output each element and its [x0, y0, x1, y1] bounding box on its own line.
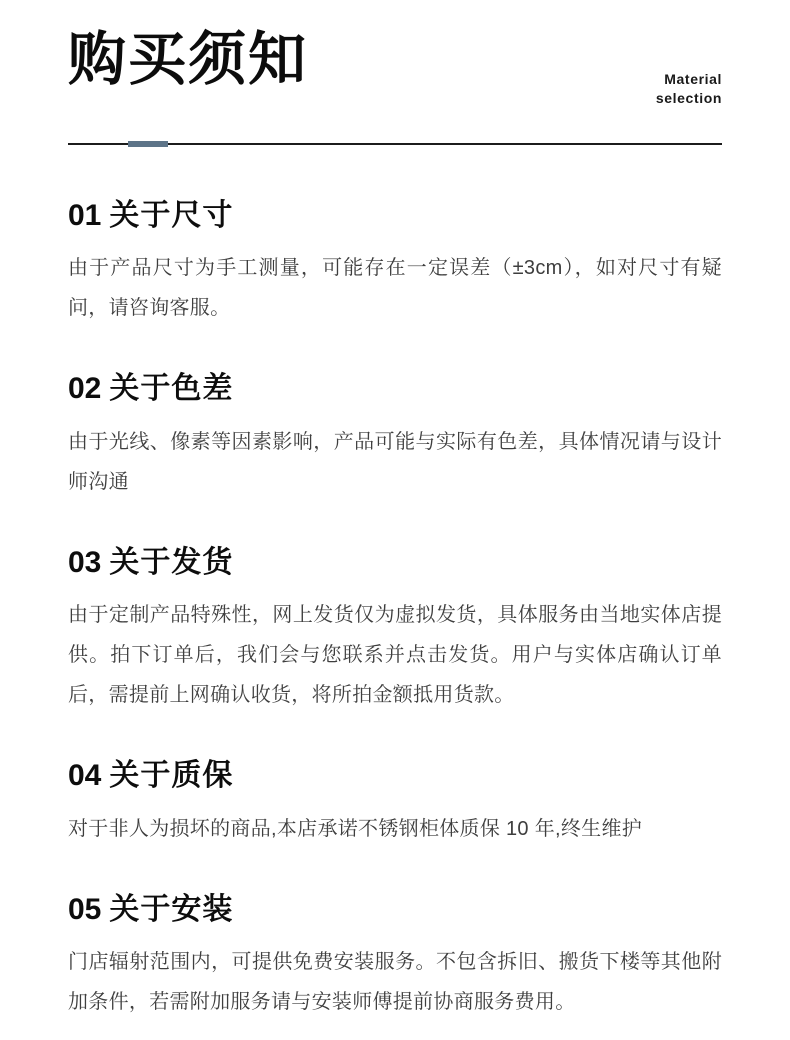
subtitle-line-2: selection — [656, 89, 722, 108]
section-number: 01 — [68, 199, 101, 232]
section-body: 对于非人为损坏的商品,本店承诺不锈钢柜体质保 10 年,终生维护 — [68, 809, 722, 849]
divider-accent-bar — [128, 141, 168, 147]
section-about-warranty: 04关于质保 对于非人为损坏的商品,本店承诺不锈钢柜体质保 10 年,终生维护 — [68, 759, 722, 849]
section-heading-text: 关于质保 — [109, 759, 233, 792]
section-number: 03 — [68, 546, 101, 579]
section-number: 05 — [68, 893, 101, 926]
section-body: 由于定制产品特殊性，网上发货仅为虚拟发货，具体服务由当地实体店提供。拍下订单后，… — [68, 595, 722, 715]
page-title: 购买须知 — [68, 30, 308, 91]
divider-line — [68, 143, 722, 145]
purchase-notes-page: 购买须知 Material selection 01关于尺寸 由于产品尺寸为手工… — [0, 0, 790, 1040]
section-heading: 05关于安装 — [68, 893, 722, 928]
section-heading-text: 关于尺寸 — [109, 199, 233, 232]
section-about-size: 01关于尺寸 由于产品尺寸为手工测量，可能存在一定误差（±3cm），如对尺寸有疑… — [68, 199, 722, 329]
section-body: 由于光线、像素等因素影响，产品可能与实际有色差，具体情况请与设计师沟通 — [68, 422, 722, 502]
subtitle-en: Material selection — [656, 70, 722, 108]
section-body: 门店辐射范围内，可提供免费安装服务。不包含拆旧、搬货下楼等其他附加条件，若需附加… — [68, 942, 722, 1022]
section-about-installation: 05关于安装 门店辐射范围内，可提供免费安装服务。不包含拆旧、搬货下楼等其他附加… — [68, 893, 722, 1023]
section-about-color-difference: 02关于色差 由于光线、像素等因素影响，产品可能与实际有色差，具体情况请与设计师… — [68, 372, 722, 502]
section-about-shipping: 03关于发货 由于定制产品特殊性，网上发货仅为虚拟发货，具体服务由当地实体店提供… — [68, 546, 722, 716]
section-number: 02 — [68, 372, 101, 405]
section-heading: 04关于质保 — [68, 759, 722, 794]
section-number: 04 — [68, 759, 101, 792]
section-heading-text: 关于色差 — [109, 372, 233, 405]
section-heading-text: 关于安装 — [109, 893, 233, 926]
section-heading-text: 关于发货 — [109, 546, 233, 579]
page-header: 购买须知 Material selection — [68, 30, 722, 91]
section-heading: 01关于尺寸 — [68, 199, 722, 234]
subtitle-line-1: Material — [656, 70, 722, 89]
section-body: 由于产品尺寸为手工测量，可能存在一定误差（±3cm），如对尺寸有疑问，请咨询客服… — [68, 248, 722, 328]
notice-sections: 01关于尺寸 由于产品尺寸为手工测量，可能存在一定误差（±3cm），如对尺寸有疑… — [68, 199, 722, 1023]
section-heading: 03关于发货 — [68, 546, 722, 581]
section-heading: 02关于色差 — [68, 372, 722, 407]
